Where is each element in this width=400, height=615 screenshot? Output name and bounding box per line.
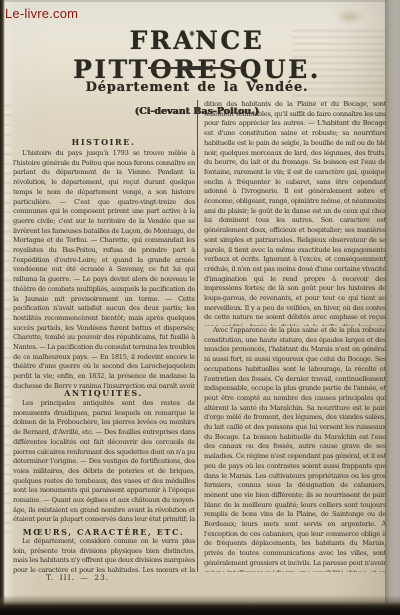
paper-stain-top — [336, 9, 364, 24]
antiquites-text: Les principales antiquités sont des rest… — [13, 399, 195, 526]
page-edge-bottom — [0, 595, 400, 615]
right-column-text-2: Avec l'apparence de la plus saine et de … — [204, 326, 386, 572]
volume-signature: T. III. — 23. — [46, 573, 109, 582]
page-title: FRANCE PITTORESQUE. — [10, 26, 384, 84]
section-heading-histoire: HISTOIRE. — [12, 137, 195, 147]
department-title: Département de la Vendée. — [10, 80, 384, 95]
scanned-book-page: Le-livre.com FRANCE PITTORESQUE. Départe… — [0, 0, 400, 615]
page-edge-left — [0, 0, 5, 615]
page-edge-right — [385, 0, 400, 615]
section-heading-antiquites: ANTIQUITÉS. — [12, 388, 195, 398]
column-divider — [197, 100, 198, 572]
histoire-text: L'histoire du pays jusqu'à 1793 se trouv… — [13, 149, 195, 388]
right-column-text-1: dition des habitants de la Plaine et du … — [204, 100, 386, 326]
section-heading-moeurs: MŒURS, CARACTÈRE, ETC. — [12, 527, 195, 537]
moeurs-text: Le département, considéré comme on le ve… — [13, 537, 195, 576]
ornamental-rule — [148, 67, 246, 69]
watermark: Le-livre.com — [5, 6, 78, 21]
page-edge-top — [0, 0, 400, 2]
